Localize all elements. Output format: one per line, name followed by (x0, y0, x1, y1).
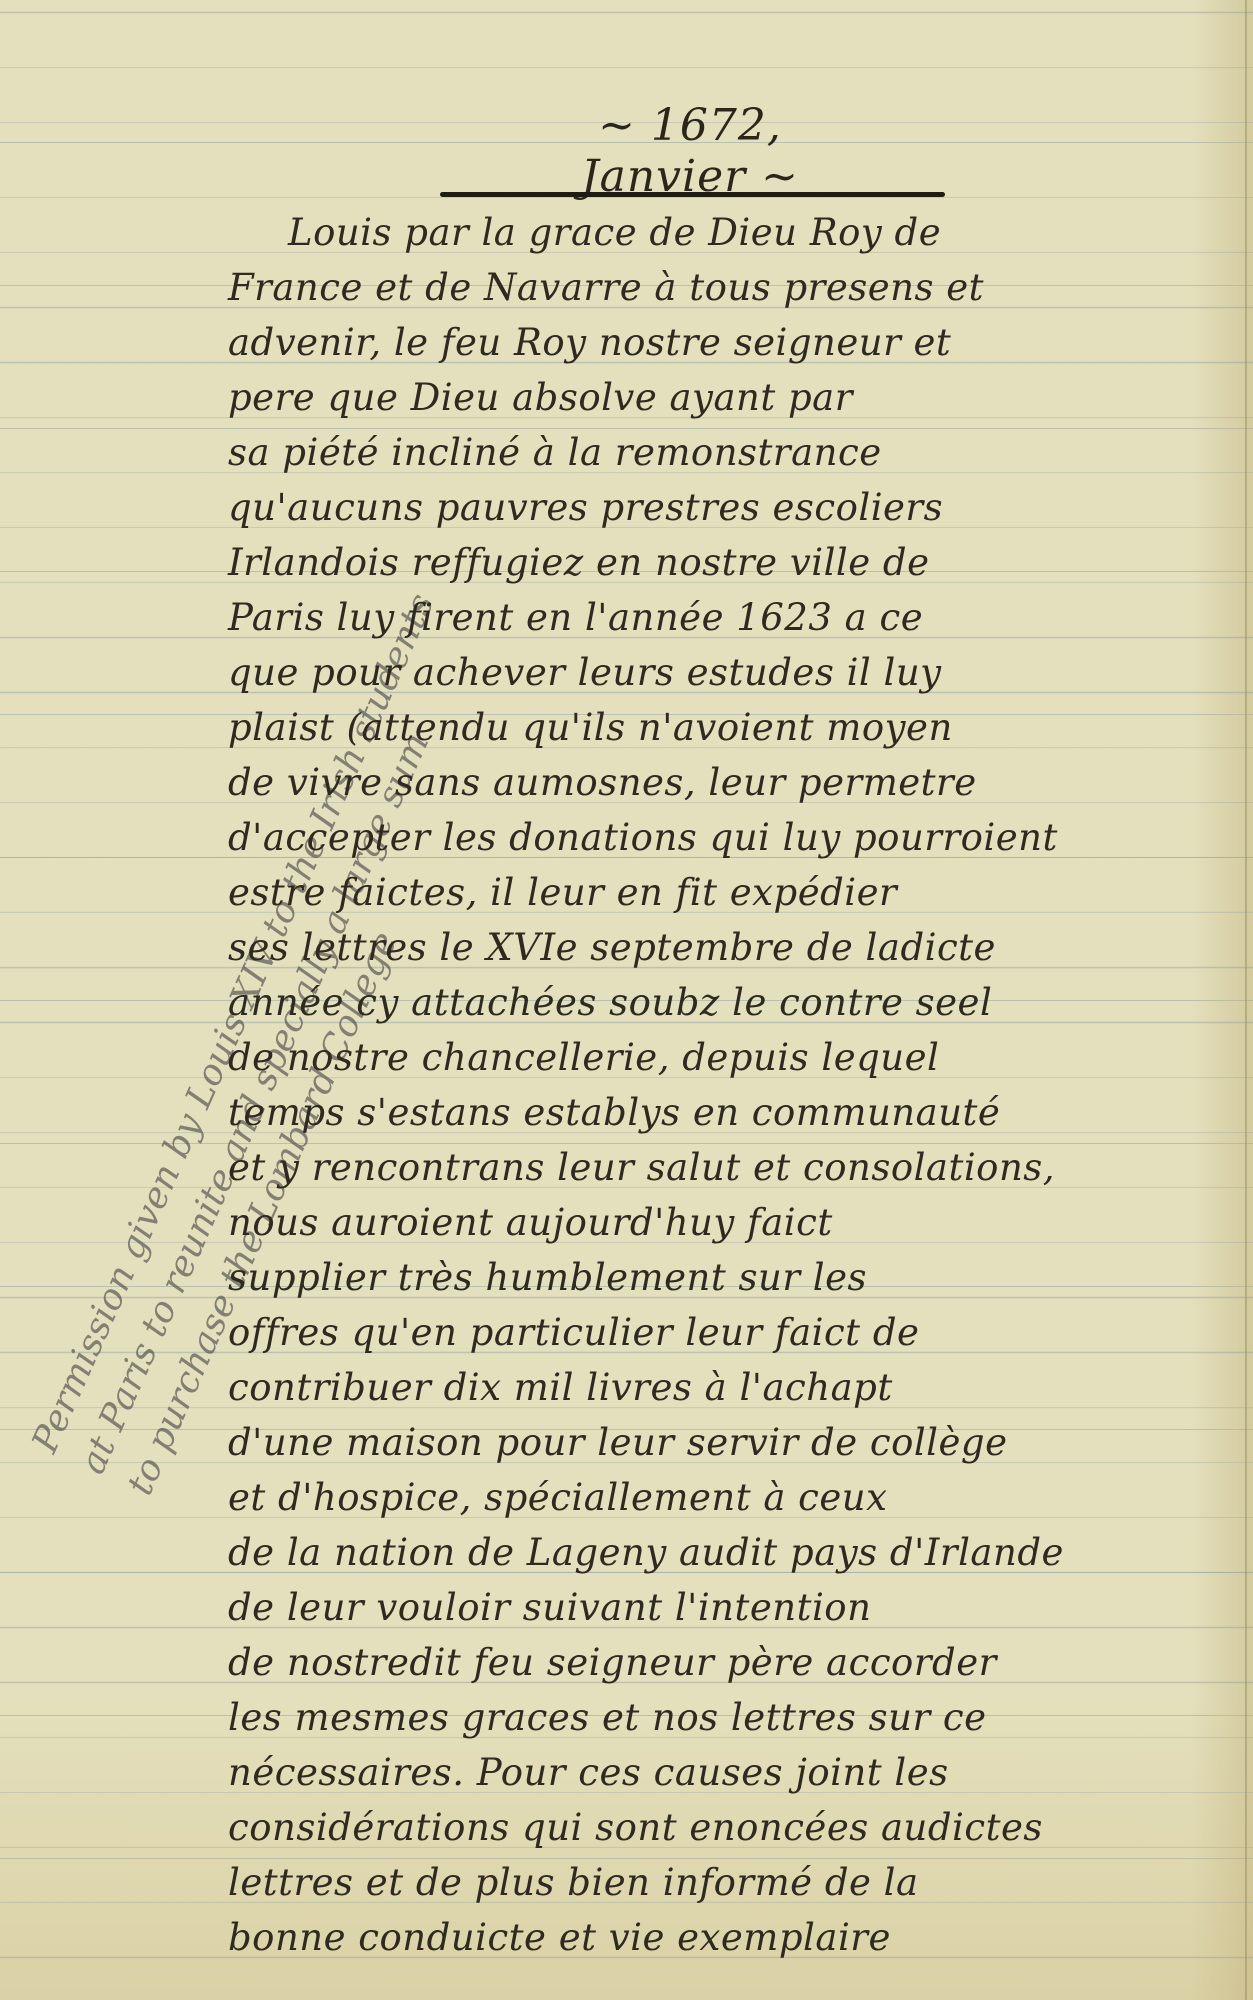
text-line: bonne conduicte et vie exemplaire (228, 1910, 1228, 1965)
text-line: de vivre sans aumosnes, leur permetre (228, 755, 1228, 810)
text-line: offres qu'en particulier leur faict de (228, 1305, 1228, 1360)
text-line: que pour achever leurs estudes il luy (228, 645, 1228, 700)
text-line: d'une maison pour leur servir de collège (228, 1415, 1228, 1470)
page-edge (1245, 0, 1247, 2000)
text-line: temps s'estans establys en communauté (228, 1085, 1228, 1140)
page-title: ~ 1672, Janvier ~ (520, 100, 860, 202)
text-line: Irlandois reffugiez en nostre ville de (228, 535, 1228, 590)
text-line: et d'hospice, spéciallement à ceux (228, 1470, 1228, 1525)
text-line: Louis par la grace de Dieu Roy de (228, 205, 1228, 260)
text-line: considérations qui sont enoncées audicte… (228, 1800, 1228, 1855)
text-line: de la nation de Lageny audit pays d'Irla… (228, 1525, 1228, 1580)
text-line: d'accepter les donations qui luy pourroi… (228, 810, 1228, 865)
text-line: ses lettres le XVIe septembre de ladicte (228, 920, 1228, 975)
text-line: nous auroient aujourd'huy faict (228, 1195, 1228, 1250)
text-line: de nostredit feu seigneur père accorder (228, 1635, 1228, 1690)
text-line: nécessaires. Pour ces causes joint les (228, 1745, 1228, 1800)
text-line: de nostre chancellerie, depuis lequel (228, 1030, 1228, 1085)
text-line: supplier très humblement sur les (228, 1250, 1228, 1305)
manuscript-body: Louis par la grace de Dieu Roy de France… (228, 205, 1228, 1965)
title-underline (440, 192, 945, 197)
text-line: Paris luy firent en l'année 1623 a ce (228, 590, 1228, 645)
text-line: sa piété incliné à la remonstrance (228, 425, 1228, 480)
text-line: lettres et de plus bien informé de la (228, 1855, 1228, 1910)
text-line: année cy attachées soubz le contre seel (228, 975, 1228, 1030)
text-line: qu'aucuns pauvres prestres escoliers (228, 480, 1228, 535)
text-line: et y rencontrans leur salut et consolati… (228, 1140, 1228, 1195)
text-line: de leur vouloir suivant l'intention (228, 1580, 1228, 1635)
text-line: France et de Navarre à tous presens et (228, 260, 1228, 315)
text-line: estre faictes, il leur en fit expédier (228, 865, 1228, 920)
text-line: advenir, le feu Roy nostre seigneur et (228, 315, 1228, 370)
text-line: plaist (attendu qu'ils n'avoient moyen (228, 700, 1228, 755)
text-line: contribuer dix mil livres à l'achapt (228, 1360, 1228, 1415)
text-line: pere que Dieu absolve ayant par (228, 370, 1228, 425)
text-line: les mesmes graces et nos lettres sur ce (228, 1690, 1228, 1745)
